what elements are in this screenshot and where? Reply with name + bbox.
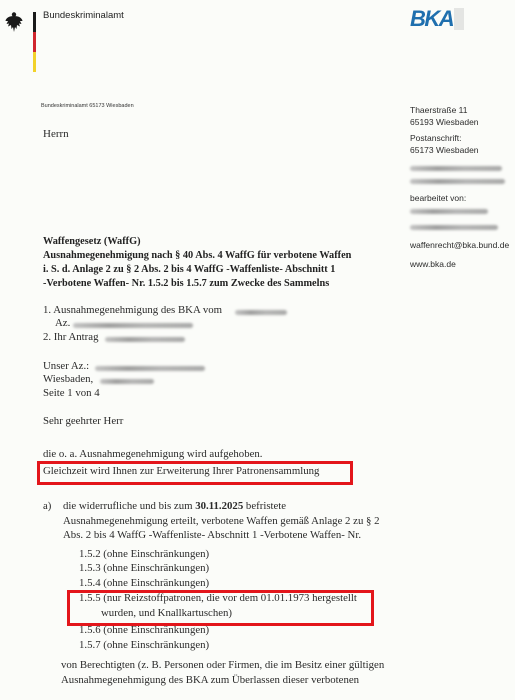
reference-1: 1. Ausnahmegenehmigung des BKA vom: [43, 304, 222, 316]
recipient-salutation: Herrn: [43, 128, 69, 140]
item-a-line-3: Abs. 2 bis 4 WaffG -Waffenliste- Abschni…: [63, 529, 361, 541]
item-a-line-1-post: befristete: [243, 500, 286, 512]
redacted-phone: [410, 166, 502, 171]
item-a-line-1: die widerrufliche und bis zum 30.11.2025…: [63, 500, 286, 512]
postal-label: Postanschrift:: [410, 133, 462, 143]
item-a-line-1-pre: die widerrufliche und bis zum: [63, 500, 195, 512]
greeting: Sehr geehrter Herr: [43, 415, 123, 427]
weapon-number-1-5-3: 1.5.3 (ohne Einschränkungen): [79, 562, 209, 574]
place-date: Wiesbaden,: [43, 373, 93, 385]
org-name: Bundeskriminalamt: [43, 10, 124, 21]
sender-return-address: Bundeskriminalamt 65173 Wiesbaden: [41, 103, 134, 109]
bka-logo-box: [454, 8, 464, 30]
redacted-ref1-date: [235, 310, 287, 315]
highlight-box-irritant-cartridges: [67, 590, 374, 626]
bka-logo: BKA: [410, 8, 464, 30]
city-address: 65193 Wiesbaden: [410, 117, 479, 127]
highlight-box-collection-extension: [37, 461, 353, 485]
postal-city: 65173 Wiesbaden: [410, 145, 479, 155]
redacted-handler-phone: [410, 225, 498, 230]
subject-line-1: Waffengesetz (WaffG): [43, 236, 141, 247]
bka-logo-text: BKA: [410, 8, 453, 30]
item-a-line-2: Ausnahmegenehmigung erteilt, verbotene W…: [63, 515, 380, 527]
subject-line-3: i. S. d. Anlage 2 zu § 2 Abs. 2 bis 4 Wa…: [43, 264, 335, 275]
redacted-fax: [410, 179, 505, 184]
street-address: Thaerstraße 11: [410, 105, 467, 115]
redacted-our-ref: [95, 366, 205, 371]
weapon-number-1-5-2: 1.5.2 (ohne Einschränkungen): [79, 548, 209, 560]
german-flag-bar: [33, 12, 36, 72]
redacted-handler-name: [410, 209, 488, 214]
subject-line-4: -Verbotene Waffen- Nr. 1.5.2 bis 1.5.7 z…: [43, 278, 329, 289]
our-reference: Unser Az.:: [43, 360, 89, 372]
weapon-number-1-5-6: 1.5.6 (ohne Einschränkungen): [79, 624, 209, 636]
weapon-number-1-5-7: 1.5.7 (ohne Einschränkungen): [79, 639, 209, 651]
contact-email[interactable]: waffenrecht@bka.bund.de: [410, 240, 509, 250]
closing-line-1: von Berechtigten (z. B. Personen oder Fi…: [61, 659, 384, 671]
reference-1-az: Az.: [55, 317, 70, 329]
weapon-number-1-5-4: 1.5.4 (ohne Einschränkungen): [79, 577, 209, 589]
item-a-marker: a): [43, 500, 51, 512]
reference-2: 2. Ihr Antrag: [43, 331, 98, 343]
expiry-date: 30.11.2025: [195, 500, 243, 512]
body-line-1: die o. a. Ausnahmegenehmigung wird aufge…: [43, 448, 262, 460]
handled-by-label: bearbeitet von:: [410, 193, 466, 203]
federal-eagle-icon: [5, 11, 23, 33]
closing-line-2: Ausnahmegenehmigung des BKA zum Überlass…: [61, 674, 359, 686]
redacted-ref1-az: [73, 323, 193, 328]
redacted-date: [100, 379, 154, 384]
subject-line-2: Ausnahmegenehmigung nach § 40 Abs. 4 Waf…: [43, 250, 351, 261]
website-link[interactable]: www.bka.de: [410, 259, 456, 269]
redacted-ref2: [105, 337, 185, 342]
page-indicator: Seite 1 von 4: [43, 387, 100, 399]
